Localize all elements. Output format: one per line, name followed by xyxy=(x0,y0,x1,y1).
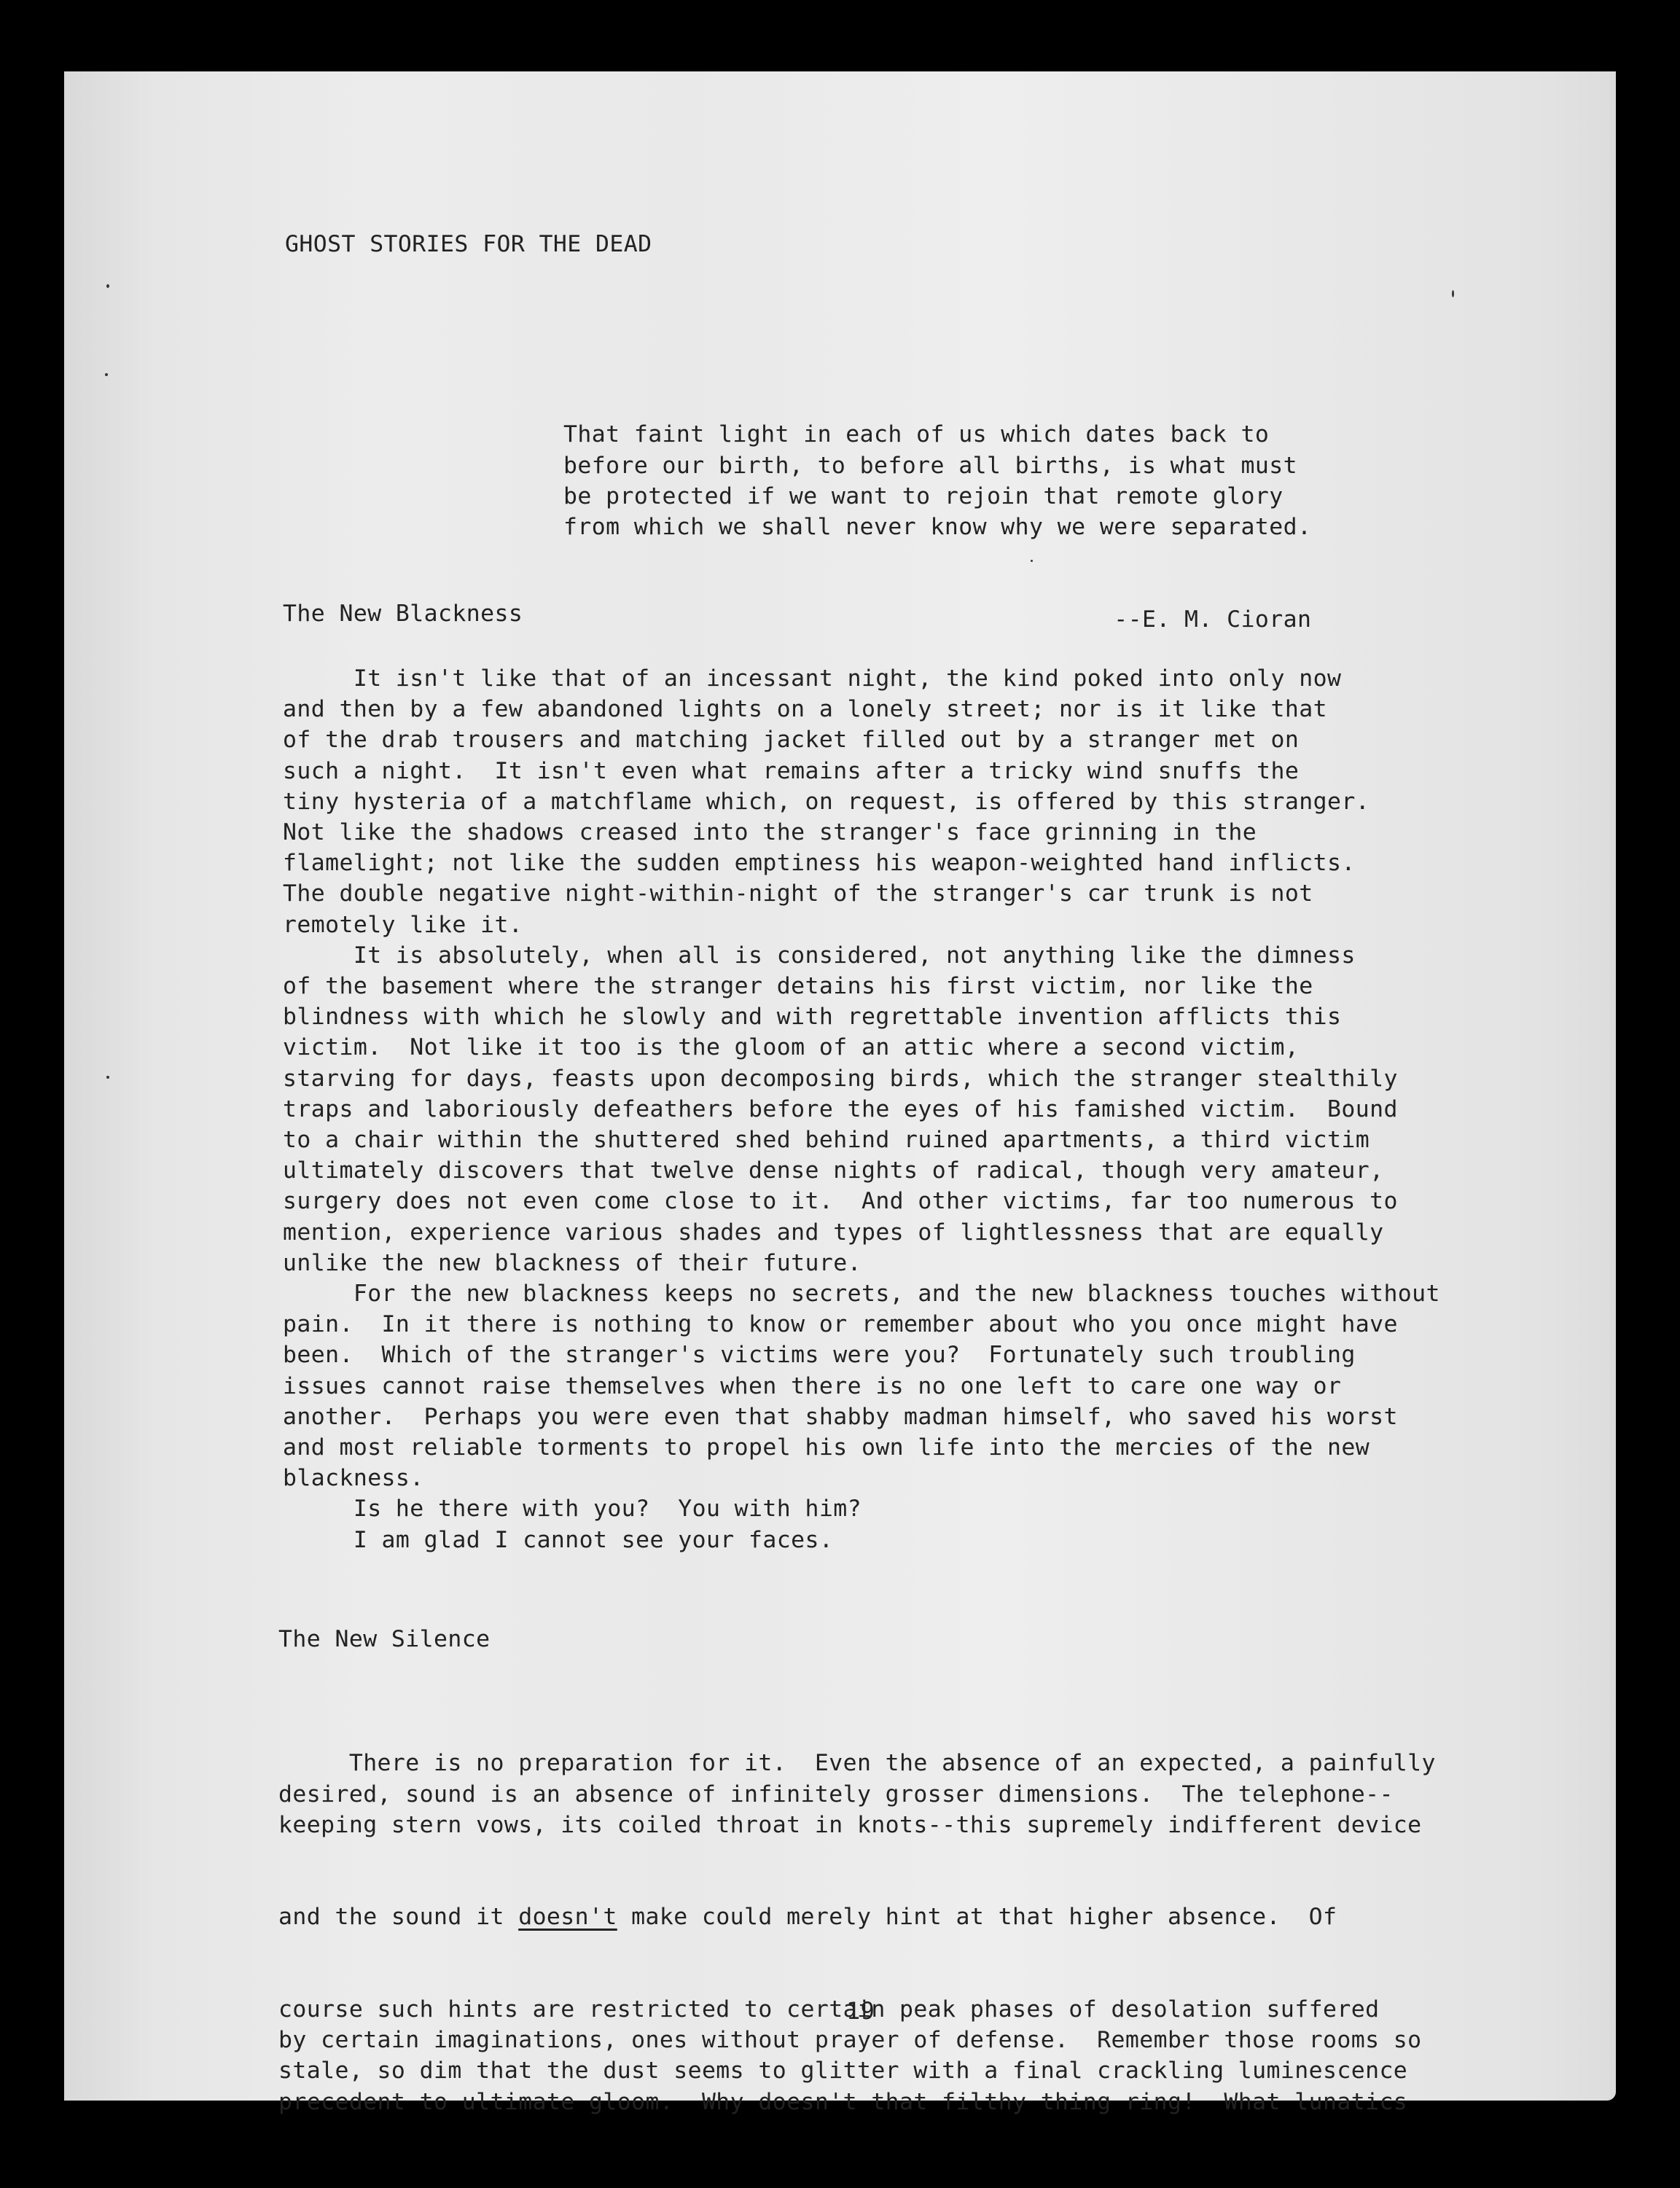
text-line: stale, so dim that the dust seems to gli… xyxy=(278,2055,1436,2086)
scan-speck xyxy=(105,373,108,376)
section-body-new-blackness: It isn't like that of an incessant night… xyxy=(283,663,1440,1555)
page-number: 19 xyxy=(846,1996,875,2026)
text-line: I am glad I cannot see your faces. xyxy=(283,1525,1440,1555)
text-line: ultimately discovers that twelve dense n… xyxy=(283,1155,1440,1186)
text-line: from which we shall never know why we we… xyxy=(563,512,1311,542)
scan-speck xyxy=(106,284,109,288)
document-title: GHOST STORIES FOR THE DEAD xyxy=(285,229,652,259)
text-line: remotely like it. xyxy=(283,910,1440,940)
paragraph-lines: There is no preparation for it. Even the… xyxy=(278,1748,1436,1840)
paragraph-line-with-underline: and the sound it doesn't make could mere… xyxy=(278,1902,1436,1932)
scanned-page: GHOST STORIES FOR THE DEAD That faint li… xyxy=(64,71,1616,2101)
scan-speck xyxy=(1031,560,1033,562)
section-heading-new-blackness: The New Blackness xyxy=(283,598,523,629)
scan-speck xyxy=(1452,290,1454,297)
section-heading-new-silence: The New Silence xyxy=(278,1624,490,1654)
text-line: desired, sound is an absence of infinite… xyxy=(278,1779,1436,1810)
text-line: Is he there with you? You with him? xyxy=(283,1493,1440,1524)
text-line: It is absolutely, when all is considered… xyxy=(283,940,1440,971)
text-line: blindness with which he slowly and with … xyxy=(283,1001,1440,1032)
text-line: The double negative night-within-night o… xyxy=(283,878,1440,909)
text-line: before our birth, to before all births, … xyxy=(563,450,1311,481)
text-line: Not like the shadows creased into the st… xyxy=(283,817,1440,848)
text-line: such a night. It isn't even what remains… xyxy=(283,756,1440,786)
text-line: another. Perhaps you were even that shab… xyxy=(283,1402,1440,1432)
text-line: unlike the new blackness of their future… xyxy=(283,1248,1440,1278)
text-line: and then by a few abandoned lights on a … xyxy=(283,694,1440,724)
text-line: starving for days, feasts upon decomposi… xyxy=(283,1063,1440,1094)
text-line: of the basement where the stranger detai… xyxy=(283,971,1440,1001)
scan-speck xyxy=(106,1076,109,1079)
text-line: keeping stern vows, its coiled throat in… xyxy=(278,1810,1436,1840)
text-line: tiny hysteria of a matchflame which, on … xyxy=(283,786,1440,817)
text-line: There is no preparation for it. Even the… xyxy=(278,1748,1436,1778)
text-line: be protected if we want to rejoin that r… xyxy=(563,481,1311,512)
text-line: That faint light in each of us which dat… xyxy=(563,419,1311,450)
section-body-new-silence: There is no preparation for it. Even the… xyxy=(278,1687,1436,2179)
text-line: and most reliable torments to propel his… xyxy=(283,1432,1440,1463)
text-line: precedent to ultimate gloom. Why doesn't… xyxy=(278,2087,1436,2117)
text-line: mention, experience various shades and t… xyxy=(283,1217,1440,1248)
epigraph: That faint light in each of us which dat… xyxy=(563,358,1311,696)
text-line: It isn't like that of an incessant night… xyxy=(283,663,1440,694)
text-line: flamelight; not like the sudden emptines… xyxy=(283,848,1440,878)
text-line: traps and laboriously defeathers before … xyxy=(283,1094,1440,1125)
text-line: by certain imaginations, ones without pr… xyxy=(278,2025,1436,2055)
text-line: to a chair within the shuttered shed beh… xyxy=(283,1125,1440,1155)
text-line: For the new blackness keeps no secrets, … xyxy=(283,1278,1440,1309)
text-line: of the drab trousers and matching jacket… xyxy=(283,724,1440,755)
epigraph-quote: That faint light in each of us which dat… xyxy=(563,419,1311,542)
epigraph-attribution: --E. M. Cioran xyxy=(563,604,1311,635)
text-line: blackness. xyxy=(283,1463,1440,1493)
text-line: issues cannot raise themselves when ther… xyxy=(283,1371,1440,1402)
underlined-word: doesn't xyxy=(518,1904,617,1930)
text-line: victim. Not like it too is the gloom of … xyxy=(283,1032,1440,1063)
text-line: pain. In it there is nothing to know or … xyxy=(283,1309,1440,1340)
text-line: surgery does not even come close to it. … xyxy=(283,1186,1440,1216)
text-line: been. Which of the stranger's victims we… xyxy=(283,1340,1440,1370)
